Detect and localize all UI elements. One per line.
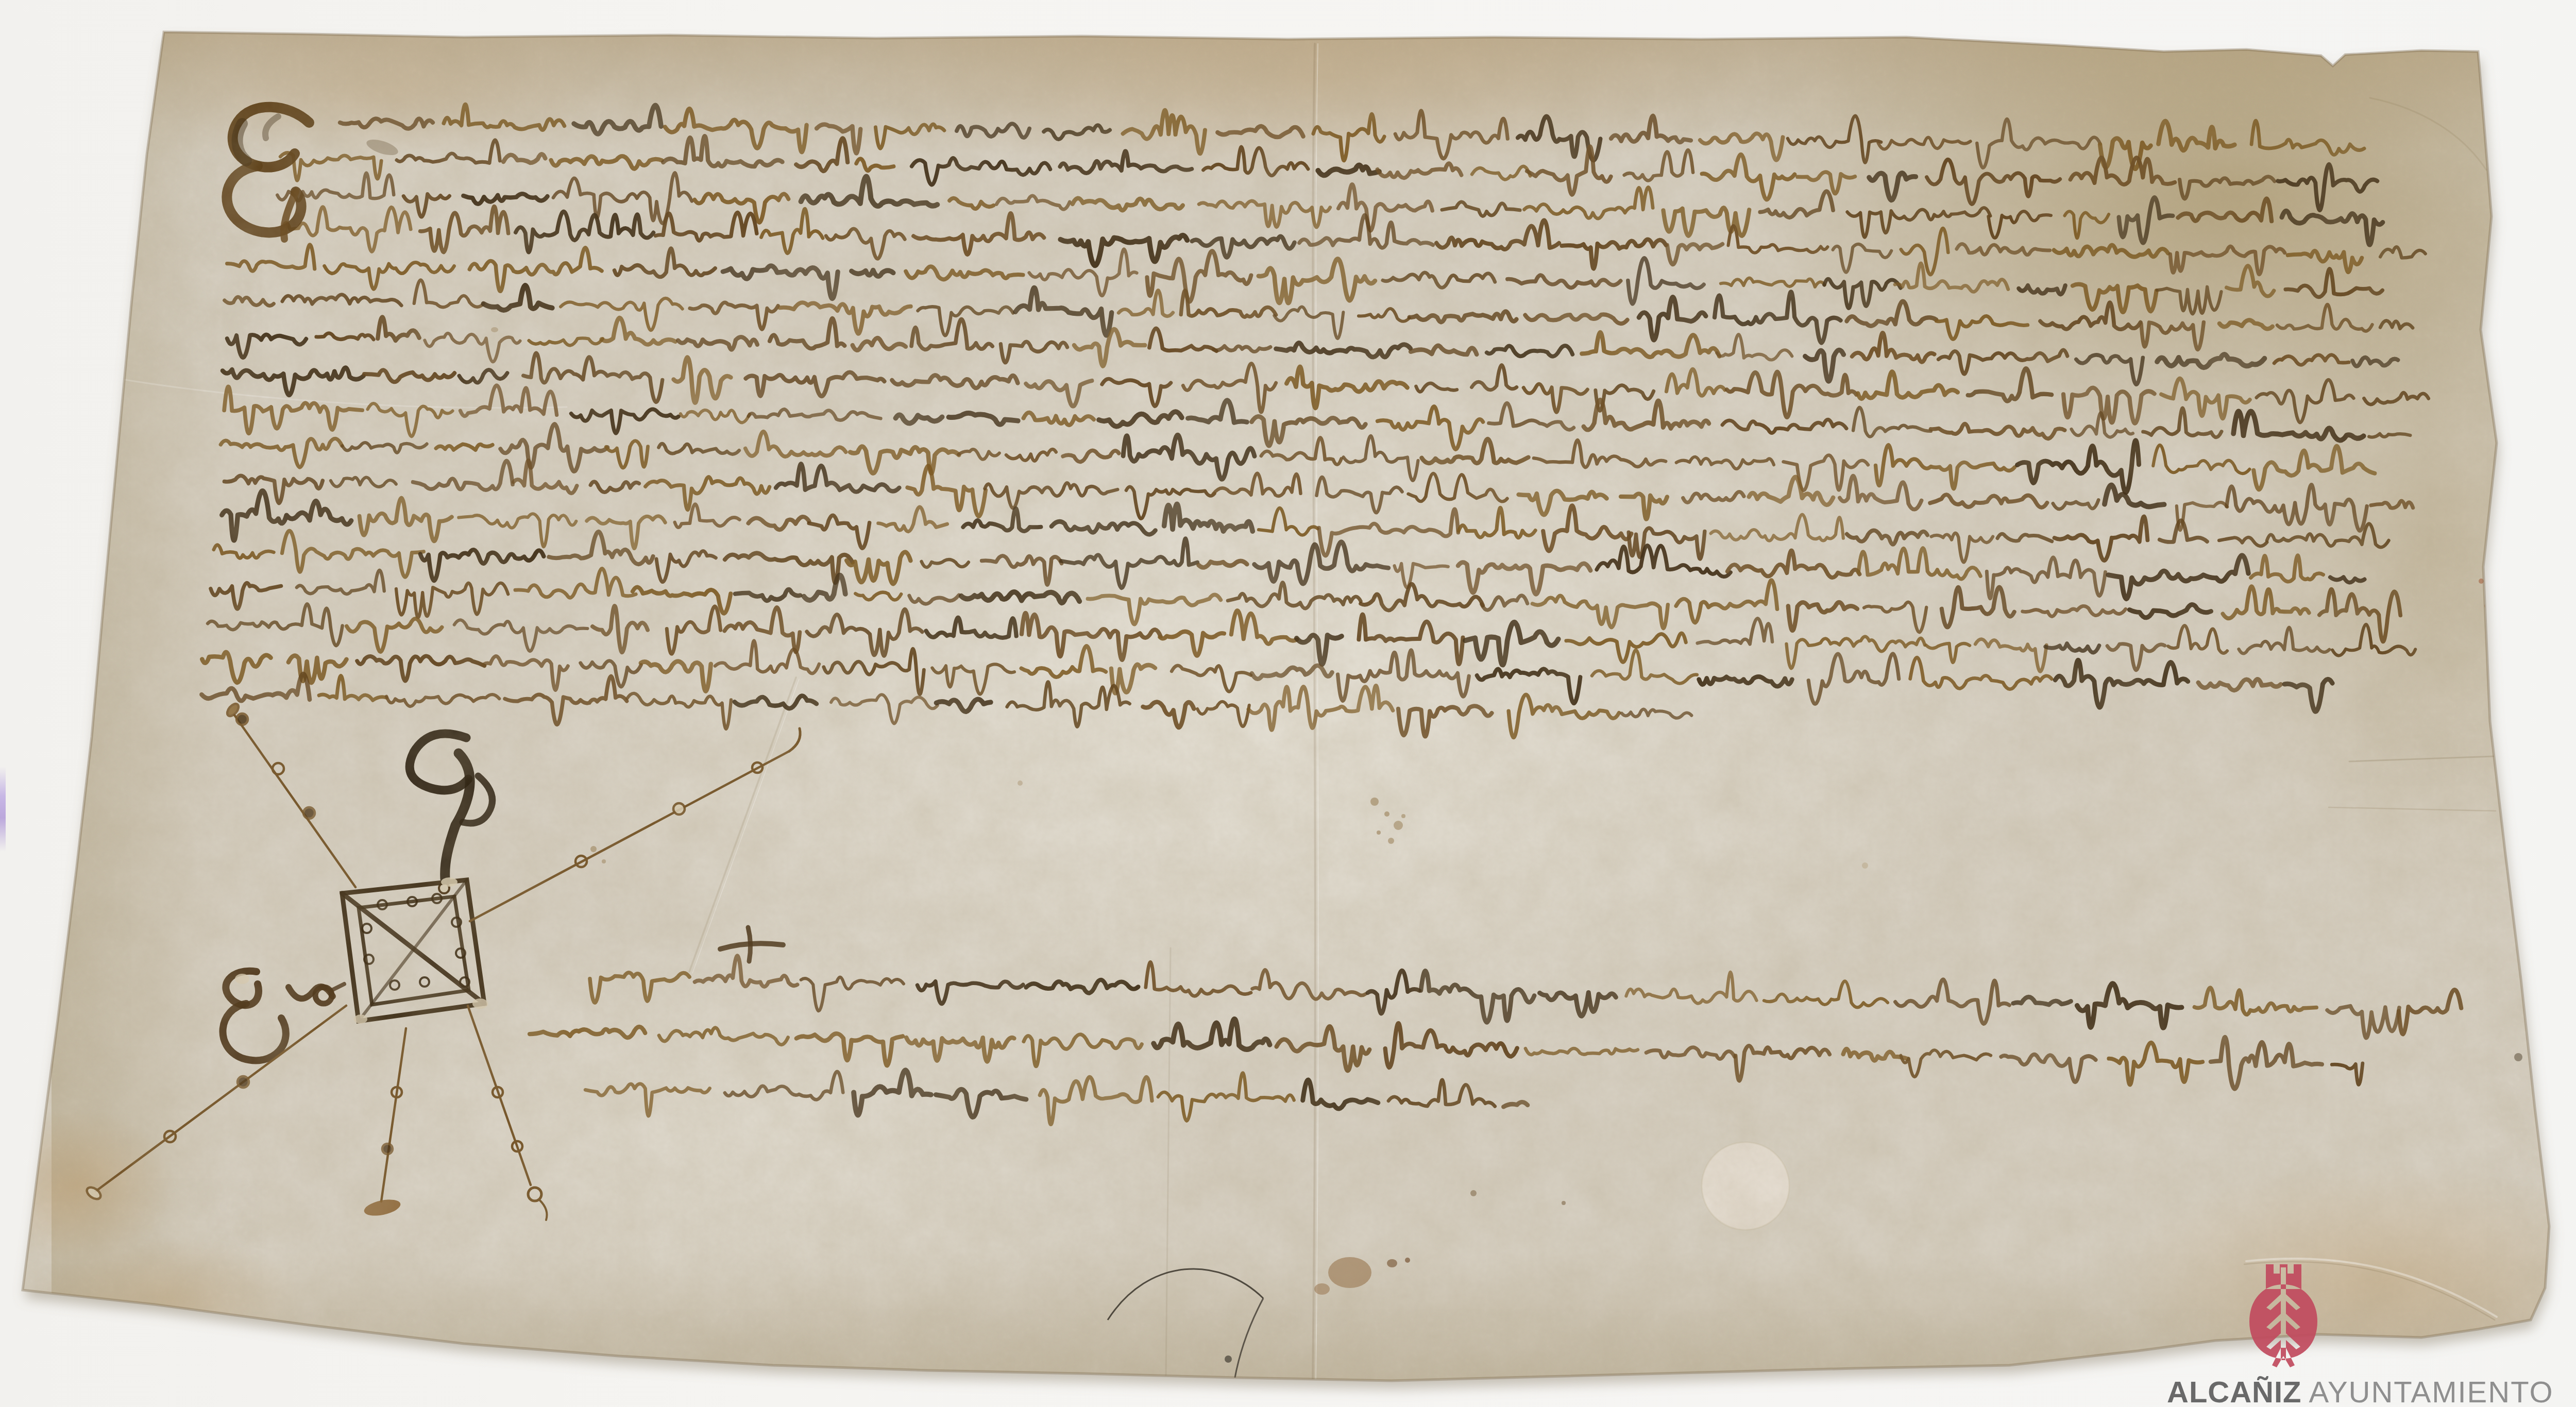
- parchment: [0, 0, 2576, 1407]
- scanned-parchment-page: ALCAÑIZAYUNTAMIENTO: [0, 0, 2576, 1407]
- parchment-scan: [0, 0, 2576, 1407]
- scanner-edge-artifact: [0, 767, 6, 852]
- watermark-title-bold: ALCAÑIZ: [2167, 1376, 2302, 1407]
- watermark-title-light: AYUNTAMIENTO: [2309, 1376, 2554, 1407]
- archive-watermark: ALCAÑIZAYUNTAMIENTO: [2167, 1378, 2554, 1407]
- parchment-surface: [0, 0, 2576, 1407]
